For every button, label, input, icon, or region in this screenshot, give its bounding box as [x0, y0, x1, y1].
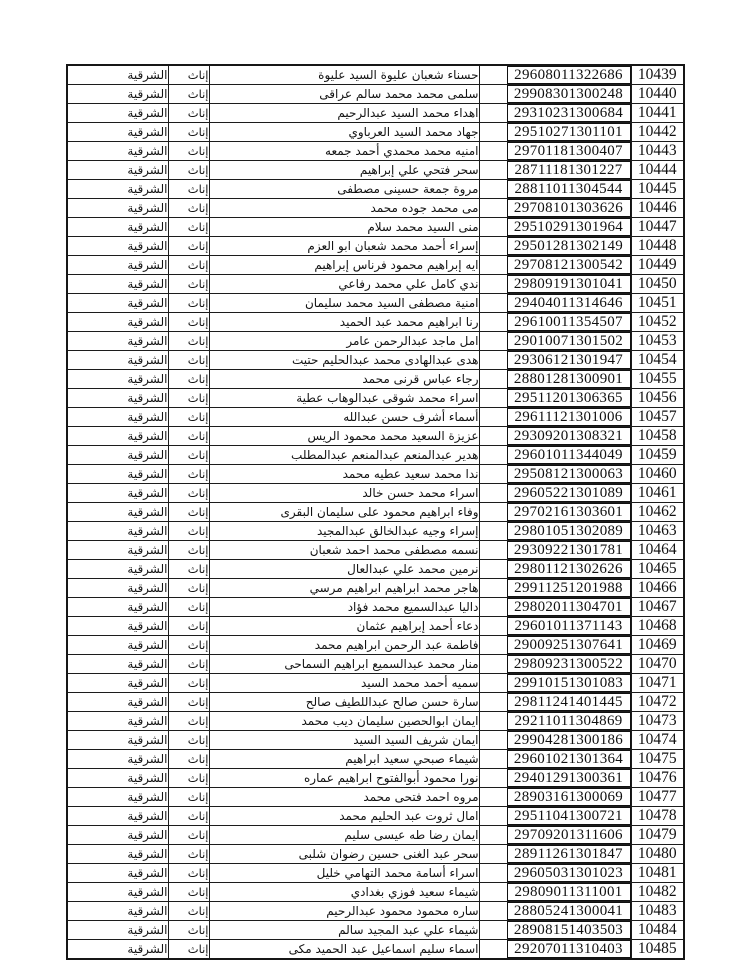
- national-id-box: 28903161300069: [507, 788, 631, 806]
- name-cell: ساره محمود محمود عبدالرحيم: [209, 902, 479, 921]
- governorate-cell: الشرقية: [67, 883, 168, 902]
- national-id-box: 29608011322686: [507, 66, 631, 84]
- serial-number-cell: 10452: [631, 313, 684, 332]
- governorate-cell: الشرقية: [67, 826, 168, 845]
- gender-cell: إناث: [168, 598, 209, 617]
- table-row: 10468 29601011371143 دعاء أحمد إبراهيم ع…: [67, 617, 684, 636]
- national-id-box: 29911251201988: [507, 579, 631, 597]
- governorate-cell: الشرقية: [67, 674, 168, 693]
- national-id-cell: 29709201311606: [479, 826, 631, 845]
- serial-number-cell: 10485: [631, 940, 684, 960]
- national-id-box: 29702161303601: [507, 503, 631, 521]
- table-row: 10481 29605031301023 اسراء أسامة محمد ال…: [67, 864, 684, 883]
- name-cell: ايه إبراهيم محمود فرناس إبراهيم: [209, 256, 479, 275]
- table-row: 10459 29601011344049 هدير عبدالمنعم عبدا…: [67, 446, 684, 465]
- table-row: 10444 28711181301227 سحر فتحي علي إبراهي…: [67, 161, 684, 180]
- gender-cell: إناث: [168, 123, 209, 142]
- name-cell: اسماء سليم اسماعيل عبد الحميد مكى: [209, 940, 479, 960]
- serial-number-cell: 10478: [631, 807, 684, 826]
- name-cell: نرمين محمد علي عبدالعال: [209, 560, 479, 579]
- table-row: 10484 28908151403503 شيماء علي عبد المجي…: [67, 921, 684, 940]
- national-id-box: 29809011311001: [507, 883, 631, 901]
- name-cell: ندي كامل علي محمد رفاعي: [209, 275, 479, 294]
- national-id-box: 29910151301083: [507, 674, 631, 692]
- gender-cell: إناث: [168, 199, 209, 218]
- national-id-box: 29708121300542: [507, 256, 631, 274]
- national-id-cell: 28801281300901: [479, 370, 631, 389]
- national-id-box: 29511041300721: [507, 807, 631, 825]
- national-id-cell: 29811241401445: [479, 693, 631, 712]
- name-cell: سحر عبد الغنى حسين رضوان شلبى: [209, 845, 479, 864]
- table-row: 10485 29207011310403 اسماء سليم اسماعيل …: [67, 940, 684, 960]
- national-id-cell: 29309221301781: [479, 541, 631, 560]
- name-cell: شيماء علي عبد المجيد سالم: [209, 921, 479, 940]
- table-row: 10440 29908301300248 سلمى محمد محمد سالم…: [67, 85, 684, 104]
- table-row: 10460 29508121300063 ندا محمد سعيد عطيه …: [67, 465, 684, 484]
- national-id-cell: 29908301300248: [479, 85, 631, 104]
- national-id-box: 29709201311606: [507, 826, 631, 844]
- serial-number-cell: 10477: [631, 788, 684, 807]
- name-cell: سلمى محمد محمد سالم عراقى: [209, 85, 479, 104]
- serial-number-cell: 10458: [631, 427, 684, 446]
- national-id-box: 29309221301781: [507, 541, 631, 559]
- serial-number-cell: 10470: [631, 655, 684, 674]
- national-id-box: 29908301300248: [507, 85, 631, 103]
- table-row: 10442 29510271301101 جهاد محمد السيد الع…: [67, 123, 684, 142]
- governorate-cell: الشرقية: [67, 655, 168, 674]
- gender-cell: إناث: [168, 845, 209, 864]
- serial-number-cell: 10479: [631, 826, 684, 845]
- national-id-box: 29809191301041: [507, 275, 631, 293]
- name-cell: شيماء صبحي سعيد ابراهيم: [209, 750, 479, 769]
- name-cell: ندا محمد سعيد عطيه محمد: [209, 465, 479, 484]
- governorate-cell: الشرقية: [67, 313, 168, 332]
- table-row: 10463 29801051302089 إسراء وجيه عبدالخال…: [67, 522, 684, 541]
- table-row: 10453 29010071301502 امل ماجد عبدالرحمن …: [67, 332, 684, 351]
- serial-number-cell: 10482: [631, 883, 684, 902]
- governorate-cell: الشرقية: [67, 85, 168, 104]
- table-row: 10454 29306121301947 هدى عبدالهادى محمد …: [67, 351, 684, 370]
- governorate-cell: الشرقية: [67, 294, 168, 313]
- gender-cell: إناث: [168, 826, 209, 845]
- name-cell: اسراء محمد حسن خالد: [209, 484, 479, 503]
- serial-number-cell: 10450: [631, 275, 684, 294]
- name-cell: سميه أحمد محمد السيد: [209, 674, 479, 693]
- national-id-cell: 29010071301502: [479, 332, 631, 351]
- national-id-box: 29811241401445: [507, 693, 631, 711]
- national-id-cell: 29508121300063: [479, 465, 631, 484]
- name-cell: امنية مصطفى السيد محمد سليمان: [209, 294, 479, 313]
- national-id-box: 29708101303626: [507, 199, 631, 217]
- table-row: 10476 29401291300361 نورا محمود أبوالفتو…: [67, 769, 684, 788]
- table-row: 10479 29709201311606 ايمان رضا طه عيسى س…: [67, 826, 684, 845]
- name-cell: فاطمة عبد الرحمن ابراهيم محمد: [209, 636, 479, 655]
- serial-number-cell: 10471: [631, 674, 684, 693]
- serial-number-cell: 10462: [631, 503, 684, 522]
- national-id-box: 29701181300407: [507, 142, 631, 160]
- governorate-cell: الشرقية: [67, 636, 168, 655]
- serial-number-cell: 10451: [631, 294, 684, 313]
- name-cell: سحر فتحي علي إبراهيم: [209, 161, 479, 180]
- governorate-cell: الشرقية: [67, 446, 168, 465]
- gender-cell: إناث: [168, 902, 209, 921]
- name-cell: نورا محمود أبوالفتوح ابراهيم عماره: [209, 769, 479, 788]
- national-id-box: 28805241300041: [507, 902, 631, 920]
- governorate-cell: الشرقية: [67, 807, 168, 826]
- national-id-box: 29306121301947: [507, 351, 631, 369]
- table-row: 10470 29809231300522 منار محمد عبدالسميع…: [67, 655, 684, 674]
- national-id-cell: 29510291301964: [479, 218, 631, 237]
- table-row: 10446 29708101303626 مى محمد جوده محمد إ…: [67, 199, 684, 218]
- gender-cell: إناث: [168, 883, 209, 902]
- table-row: 10451 29404011314646 امنية مصطفى السيد م…: [67, 294, 684, 313]
- national-id-cell: 28711181301227: [479, 161, 631, 180]
- governorate-cell: الشرقية: [67, 731, 168, 750]
- serial-number-cell: 10473: [631, 712, 684, 731]
- gender-cell: إناث: [168, 617, 209, 636]
- governorate-cell: الشرقية: [67, 237, 168, 256]
- governorate-cell: الشرقية: [67, 560, 168, 579]
- name-cell: ايمان ابوالحصين سليمان ديب محمد: [209, 712, 479, 731]
- national-id-cell: 29610011354507: [479, 313, 631, 332]
- name-cell: مى محمد جوده محمد: [209, 199, 479, 218]
- national-id-box: 29809231300522: [507, 655, 631, 673]
- governorate-cell: الشرقية: [67, 617, 168, 636]
- national-id-cell: 29601011344049: [479, 446, 631, 465]
- serial-number-cell: 10464: [631, 541, 684, 560]
- serial-number-cell: 10453: [631, 332, 684, 351]
- name-cell: سارة حسن صالح عبداللطيف صالح: [209, 693, 479, 712]
- national-id-cell: 29608011322686: [479, 65, 631, 85]
- serial-number-cell: 10481: [631, 864, 684, 883]
- table-row: 10474 29904281300186 ايمان شريف السيد ال…: [67, 731, 684, 750]
- serial-number-cell: 10463: [631, 522, 684, 541]
- gender-cell: إناث: [168, 541, 209, 560]
- national-id-cell: 29809011311001: [479, 883, 631, 902]
- gender-cell: إناث: [168, 161, 209, 180]
- governorate-cell: الشرقية: [67, 389, 168, 408]
- name-cell: جهاد محمد السيد العرباوي: [209, 123, 479, 142]
- national-id-cell: 29601011371143: [479, 617, 631, 636]
- national-id-cell: 29501281302149: [479, 237, 631, 256]
- national-id-box: 29207011310403: [507, 940, 631, 958]
- table-row: 10445 28811011304544 مروة جمعة حسينى مصط…: [67, 180, 684, 199]
- gender-cell: إناث: [168, 408, 209, 427]
- name-cell: رنا ابراهيم محمد عبد الحميد: [209, 313, 479, 332]
- governorate-cell: الشرقية: [67, 332, 168, 351]
- gender-cell: إناث: [168, 712, 209, 731]
- roster-table-body: 10439 29608011322686 حسناء شعبان عليوة ا…: [67, 65, 684, 959]
- table-row: 10447 29510291301964 منى السيد محمد سلام…: [67, 218, 684, 237]
- name-cell: امنيه محمد محمدي أحمد جمعه: [209, 142, 479, 161]
- governorate-cell: الشرقية: [67, 275, 168, 294]
- table-row: 10452 29610011354507 رنا ابراهيم محمد عب…: [67, 313, 684, 332]
- governorate-cell: الشرقية: [67, 351, 168, 370]
- governorate-cell: الشرقية: [67, 503, 168, 522]
- national-id-box: 29801051302089: [507, 522, 631, 540]
- national-id-box: 29611121301006: [507, 408, 631, 426]
- national-id-cell: 29605221301089: [479, 484, 631, 503]
- national-id-cell: 29601021301364: [479, 750, 631, 769]
- serial-number-cell: 10483: [631, 902, 684, 921]
- gender-cell: إناث: [168, 693, 209, 712]
- gender-cell: إناث: [168, 788, 209, 807]
- national-id-cell: 29911251201988: [479, 579, 631, 598]
- table-row: 10469 29009251307641 فاطمة عبد الرحمن اب…: [67, 636, 684, 655]
- name-cell: منى السيد محمد سلام: [209, 218, 479, 237]
- serial-number-cell: 10441: [631, 104, 684, 123]
- national-id-cell: 29702161303601: [479, 503, 631, 522]
- national-id-cell: 29611121301006: [479, 408, 631, 427]
- serial-number-cell: 10443: [631, 142, 684, 161]
- national-id-box: 29601011371143: [507, 617, 631, 635]
- gender-cell: إناث: [168, 256, 209, 275]
- national-id-cell: 29801051302089: [479, 522, 631, 541]
- national-id-box: 29310231300684: [507, 104, 631, 122]
- table-row: 10475 29601021301364 شيماء صبحي سعيد ابر…: [67, 750, 684, 769]
- table-row: 10448 29501281302149 إسراء أحمد محمد شعب…: [67, 237, 684, 256]
- table-row: 10472 29811241401445 سارة حسن صالح عبدال…: [67, 693, 684, 712]
- serial-number-cell: 10448: [631, 237, 684, 256]
- gender-cell: إناث: [168, 750, 209, 769]
- gender-cell: إناث: [168, 940, 209, 960]
- national-id-cell: 29310231300684: [479, 104, 631, 123]
- gender-cell: إناث: [168, 85, 209, 104]
- governorate-cell: الشرقية: [67, 940, 168, 960]
- national-id-box: 29401291300361: [507, 769, 631, 787]
- governorate-cell: الشرقية: [67, 598, 168, 617]
- national-id-box: 29802011304701: [507, 598, 631, 616]
- table-row: 10482 29809011311001 شيماء سعيد فوزي بغد…: [67, 883, 684, 902]
- national-id-box: 29601011344049: [507, 446, 631, 464]
- table-row: 10456 29511201306365 اسراء محمد شوقى عبد…: [67, 389, 684, 408]
- governorate-cell: الشرقية: [67, 142, 168, 161]
- serial-number-cell: 10446: [631, 199, 684, 218]
- table-row: 10473 29211011304869 ايمان ابوالحصين سلي…: [67, 712, 684, 731]
- name-cell: دعاء أحمد إبراهيم عثمان: [209, 617, 479, 636]
- table-row: 10467 29802011304701 داليا عبدالسميع محم…: [67, 598, 684, 617]
- national-id-box: 29510271301101: [507, 123, 631, 141]
- governorate-cell: الشرقية: [67, 769, 168, 788]
- document-page: 10439 29608011322686 حسناء شعبان عليوة ا…: [0, 0, 742, 960]
- gender-cell: إناث: [168, 921, 209, 940]
- national-id-box: 29904281300186: [507, 731, 631, 749]
- serial-number-cell: 10465: [631, 560, 684, 579]
- national-id-cell: 29802011304701: [479, 598, 631, 617]
- governorate-cell: الشرقية: [67, 65, 168, 85]
- serial-number-cell: 10475: [631, 750, 684, 769]
- national-id-cell: 29309201308321: [479, 427, 631, 446]
- governorate-cell: الشرقية: [67, 199, 168, 218]
- name-cell: إسراء وجيه عبدالخالق عبدالمجيد: [209, 522, 479, 541]
- serial-number-cell: 10444: [631, 161, 684, 180]
- national-id-box: 28911261301847: [507, 845, 631, 863]
- national-id-box: 29508121300063: [507, 465, 631, 483]
- name-cell: إسراء أحمد محمد شعبان ابو العزم: [209, 237, 479, 256]
- serial-number-cell: 10472: [631, 693, 684, 712]
- national-id-cell: 29511041300721: [479, 807, 631, 826]
- table-row: 10461 29605221301089 اسراء محمد حسن خالد…: [67, 484, 684, 503]
- gender-cell: إناث: [168, 332, 209, 351]
- national-id-cell: 28903161300069: [479, 788, 631, 807]
- gender-cell: إناث: [168, 313, 209, 332]
- name-cell: امل ماجد عبدالرحمن عامر: [209, 332, 479, 351]
- gender-cell: إناث: [168, 446, 209, 465]
- table-row: 10478 29511041300721 امال ثروت عبد الحلي…: [67, 807, 684, 826]
- serial-number-cell: 10449: [631, 256, 684, 275]
- national-id-box: 29801121302626: [507, 560, 631, 578]
- national-id-box: 29010071301502: [507, 332, 631, 350]
- serial-number-cell: 10439: [631, 65, 684, 85]
- name-cell: نسمه مصطفى محمد احمد شعبان: [209, 541, 479, 560]
- gender-cell: إناث: [168, 636, 209, 655]
- gender-cell: إناث: [168, 807, 209, 826]
- national-id-cell: 29801121302626: [479, 560, 631, 579]
- table-row: 10439 29608011322686 حسناء شعبان عليوة ا…: [67, 65, 684, 85]
- national-id-cell: 29510271301101: [479, 123, 631, 142]
- serial-number-cell: 10440: [631, 85, 684, 104]
- governorate-cell: الشرقية: [67, 370, 168, 389]
- gender-cell: إناث: [168, 65, 209, 85]
- table-row: 10483 28805241300041 ساره محمود محمود عب…: [67, 902, 684, 921]
- gender-cell: إناث: [168, 465, 209, 484]
- national-id-cell: 29404011314646: [479, 294, 631, 313]
- table-row: 10466 29911251201988 هاجر محمد ابراهيم ا…: [67, 579, 684, 598]
- national-id-cell: 29605031301023: [479, 864, 631, 883]
- governorate-cell: الشرقية: [67, 218, 168, 237]
- governorate-cell: الشرقية: [67, 256, 168, 275]
- national-id-cell: 29904281300186: [479, 731, 631, 750]
- national-id-box: 29605221301089: [507, 484, 631, 502]
- gender-cell: إناث: [168, 370, 209, 389]
- name-cell: عزيزة السعيد محمد محمود الريس: [209, 427, 479, 446]
- table-row: 10450 29809191301041 ندي كامل علي محمد ر…: [67, 275, 684, 294]
- table-row: 10457 29611121301006 أسماء أشرف حسن عبدا…: [67, 408, 684, 427]
- national-id-box: 29009251307641: [507, 636, 631, 654]
- gender-cell: إناث: [168, 674, 209, 693]
- gender-cell: إناث: [168, 560, 209, 579]
- gender-cell: إناث: [168, 351, 209, 370]
- national-id-box: 29501281302149: [507, 237, 631, 255]
- name-cell: داليا عبدالسميع محمد فؤاد: [209, 598, 479, 617]
- serial-number-cell: 10476: [631, 769, 684, 788]
- roster-table: 10439 29608011322686 حسناء شعبان عليوة ا…: [66, 64, 685, 960]
- governorate-cell: الشرقية: [67, 788, 168, 807]
- governorate-cell: الشرقية: [67, 712, 168, 731]
- national-id-cell: 29306121301947: [479, 351, 631, 370]
- national-id-cell: 29809231300522: [479, 655, 631, 674]
- national-id-cell: 29701181300407: [479, 142, 631, 161]
- gender-cell: إناث: [168, 579, 209, 598]
- national-id-box: 29211011304869: [507, 712, 631, 730]
- table-row: 10458 29309201308321 عزيزة السعيد محمد م…: [67, 427, 684, 446]
- governorate-cell: الشرقية: [67, 104, 168, 123]
- name-cell: أسماء أشرف حسن عبدالله: [209, 408, 479, 427]
- governorate-cell: الشرقية: [67, 465, 168, 484]
- gender-cell: إناث: [168, 503, 209, 522]
- gender-cell: إناث: [168, 389, 209, 408]
- table-row: 10455 28801281300901 رجاء عباس قرنى محمد…: [67, 370, 684, 389]
- gender-cell: إناث: [168, 180, 209, 199]
- governorate-cell: الشرقية: [67, 845, 168, 864]
- serial-number-cell: 10461: [631, 484, 684, 503]
- name-cell: هدير عبدالمنعم عبدالمنعم عبدالمطلب: [209, 446, 479, 465]
- gender-cell: إناث: [168, 864, 209, 883]
- name-cell: وفاء ابراهيم محمود على سليمان البقرى: [209, 503, 479, 522]
- national-id-cell: 29211011304869: [479, 712, 631, 731]
- name-cell: ايمان شريف السيد السيد: [209, 731, 479, 750]
- gender-cell: إناث: [168, 427, 209, 446]
- national-id-cell: 29207011310403: [479, 940, 631, 960]
- name-cell: هدى عبدالهادى محمد عبدالحليم حتيت: [209, 351, 479, 370]
- serial-number-cell: 10447: [631, 218, 684, 237]
- national-id-cell: 29511201306365: [479, 389, 631, 408]
- gender-cell: إناث: [168, 104, 209, 123]
- table-row: 10443 29701181300407 امنيه محمد محمدي أح…: [67, 142, 684, 161]
- serial-number-cell: 10456: [631, 389, 684, 408]
- governorate-cell: الشرقية: [67, 161, 168, 180]
- national-id-box: 29309201308321: [507, 427, 631, 445]
- name-cell: مروة جمعة حسينى مصطفى: [209, 180, 479, 199]
- serial-number-cell: 10467: [631, 598, 684, 617]
- gender-cell: إناث: [168, 237, 209, 256]
- national-id-cell: 28805241300041: [479, 902, 631, 921]
- gender-cell: إناث: [168, 275, 209, 294]
- national-id-cell: 29809191301041: [479, 275, 631, 294]
- national-id-box: 28811011304544: [507, 180, 631, 198]
- table-row: 10480 28911261301847 سحر عبد الغنى حسين …: [67, 845, 684, 864]
- gender-cell: إناث: [168, 731, 209, 750]
- national-id-cell: 28811011304544: [479, 180, 631, 199]
- governorate-cell: الشرقية: [67, 864, 168, 883]
- national-id-box: 28908151403503: [507, 921, 631, 939]
- national-id-cell: 29708121300542: [479, 256, 631, 275]
- name-cell: منار محمد عبدالسميع ابراهيم السماحى: [209, 655, 479, 674]
- gender-cell: إناث: [168, 655, 209, 674]
- name-cell: حسناء شعبان عليوة السيد عليوة: [209, 65, 479, 85]
- governorate-cell: الشرقية: [67, 750, 168, 769]
- name-cell: امال ثروت عبد الحليم محمد: [209, 807, 479, 826]
- name-cell: مروه احمد فتحى محمد: [209, 788, 479, 807]
- national-id-box: 29510291301964: [507, 218, 631, 236]
- serial-number-cell: 10457: [631, 408, 684, 427]
- governorate-cell: الشرقية: [67, 522, 168, 541]
- gender-cell: إناث: [168, 218, 209, 237]
- table-row: 10462 29702161303601 وفاء ابراهيم محمود …: [67, 503, 684, 522]
- serial-number-cell: 10480: [631, 845, 684, 864]
- gender-cell: إناث: [168, 484, 209, 503]
- national-id-cell: 28911261301847: [479, 845, 631, 864]
- gender-cell: إناث: [168, 142, 209, 161]
- serial-number-cell: 10459: [631, 446, 684, 465]
- governorate-cell: الشرقية: [67, 541, 168, 560]
- gender-cell: إناث: [168, 294, 209, 313]
- serial-number-cell: 10466: [631, 579, 684, 598]
- governorate-cell: الشرقية: [67, 123, 168, 142]
- national-id-box: 29404011314646: [507, 294, 631, 312]
- name-cell: شيماء سعيد فوزي بغدادي: [209, 883, 479, 902]
- table-row: 10441 29310231300684 اهداء محمد السيد عب…: [67, 104, 684, 123]
- table-row: 10449 29708121300542 ايه إبراهيم محمود ف…: [67, 256, 684, 275]
- name-cell: اهداء محمد السيد عبدالرحيم: [209, 104, 479, 123]
- national-id-box: 28711181301227: [507, 161, 631, 179]
- table-row: 10465 29801121302626 نرمين محمد علي عبدا…: [67, 560, 684, 579]
- serial-number-cell: 10460: [631, 465, 684, 484]
- national-id-box: 29605031301023: [507, 864, 631, 882]
- serial-number-cell: 10474: [631, 731, 684, 750]
- governorate-cell: الشرقية: [67, 693, 168, 712]
- serial-number-cell: 10484: [631, 921, 684, 940]
